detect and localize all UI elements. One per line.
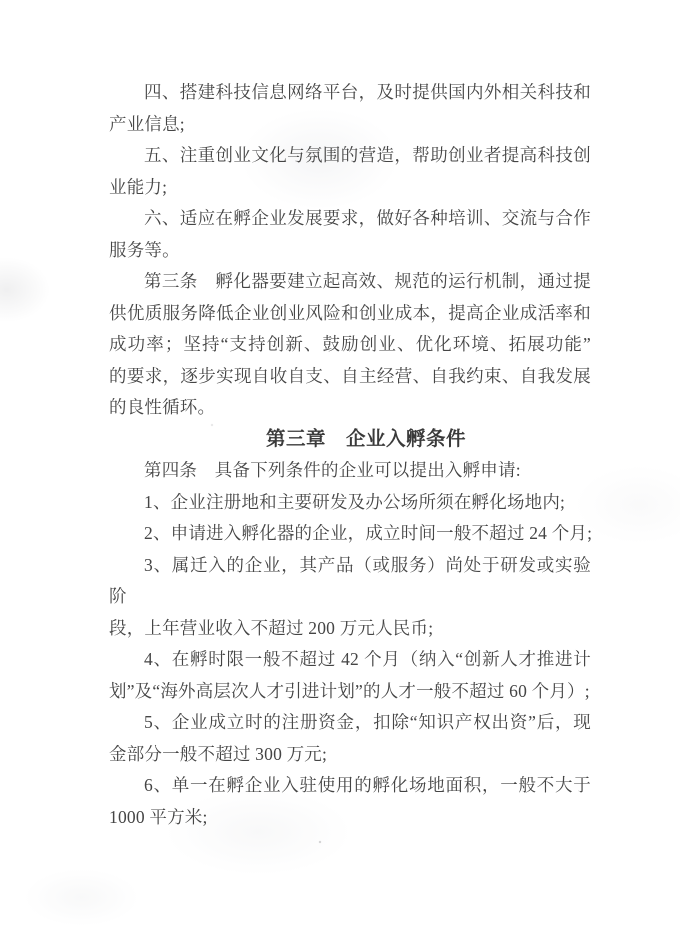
scanned-document-page: 四、搭建科技信息网络平台，及时提供国内外相关科技和产业信息;五、注重创业文化与氛… [0, 0, 680, 935]
text-line: 1000 平方米; [109, 802, 591, 834]
paragraph: 2、申请进入孵化器的企业，成立时间一般不超过 24 个月; [109, 518, 591, 550]
text-line: 业能力; [109, 172, 591, 204]
text-line: 2、申请进入孵化器的企业，成立时间一般不超过 24 个月; [109, 518, 591, 550]
paragraph: 1、企业注册地和主要研发及办公场所须在孵化场地内; [109, 487, 591, 519]
text-line: 五、注重创业文化与氛围的营造，帮助创业者提高科技创 [109, 140, 591, 172]
text-line: 六、适应在孵企业发展要求，做好各种培训、交流与合作 [109, 203, 591, 235]
paragraph: 五、注重创业文化与氛围的营造，帮助创业者提高科技创业能力; [109, 140, 591, 203]
chapter-heading: 第三章 企业入孵条件 [109, 424, 591, 456]
text-line: 第三条 孵化器要建立起高效、规范的运行机制，通过提 [109, 266, 591, 298]
text-line: 1、企业注册地和主要研发及办公场所须在孵化场地内; [109, 487, 591, 519]
text-line: 第四条 具备下列条件的企业可以提出入孵申请: [109, 455, 591, 487]
text-line: 4、在孵时限一般不超过 42 个月（纳入“创新人才推进计 [109, 644, 591, 676]
paragraph: 4、在孵时限一般不超过 42 个月（纳入“创新人才推进计划”及“海外高层次人才引… [109, 644, 591, 707]
paragraph: 六、适应在孵企业发展要求，做好各种培训、交流与合作服务等。 [109, 203, 591, 266]
text-line: 服务等。 [109, 235, 591, 267]
paragraph: 3、属迁入的企业，其产品（或服务）尚处于研发或实验阶段，上年营业收入不超过 20… [109, 550, 591, 645]
text-line: 3、属迁入的企业，其产品（或服务）尚处于研发或实验阶 [109, 550, 591, 613]
text-line: 的良性循环。 [109, 392, 591, 424]
text-line: 6、单一在孵企业入驻使用的孵化场地面积，一般不大于 [109, 770, 591, 802]
text-line: 四、搭建科技信息网络平台，及时提供国内外相关科技和 [109, 77, 591, 109]
document-body: 四、搭建科技信息网络平台，及时提供国内外相关科技和产业信息;五、注重创业文化与氛… [109, 77, 591, 833]
text-line: 段，上年营业收入不超过 200 万元人民币; [109, 613, 591, 645]
paragraph: 第四条 具备下列条件的企业可以提出入孵申请: [109, 455, 591, 487]
text-line: 金部分一般不超过 300 万元; [109, 739, 591, 771]
paragraph: 5、企业成立时的注册资金，扣除“知识产权出资”后，现金部分一般不超过 300 万… [109, 707, 591, 770]
text-line: 5、企业成立时的注册资金，扣除“知识产权出资”后，现 [109, 707, 591, 739]
heading-line: 第三章 企业入孵条件 [109, 424, 591, 456]
text-line: 供优质服务降低企业创业风险和创业成本，提高企业成活率和 [109, 298, 591, 330]
text-line: 的要求，逐步实现自收自支、自主经营、自我约束、自我发展 [109, 361, 591, 393]
paragraph: 6、单一在孵企业入驻使用的孵化场地面积，一般不大于1000 平方米; [109, 770, 591, 833]
text-line: 产业信息; [109, 109, 591, 141]
text-line: 划”及“海外高层次人才引进计划”的人才一般不超过 60 个月）; [109, 676, 591, 708]
paragraph: 四、搭建科技信息网络平台，及时提供国内外相关科技和产业信息; [109, 77, 591, 140]
text-line: 成功率；坚持“支持创新、鼓励创业、优化环境、拓展功能” [109, 329, 591, 361]
paragraph: 第三条 孵化器要建立起高效、规范的运行机制，通过提供优质服务降低企业创业风险和创… [109, 266, 591, 424]
